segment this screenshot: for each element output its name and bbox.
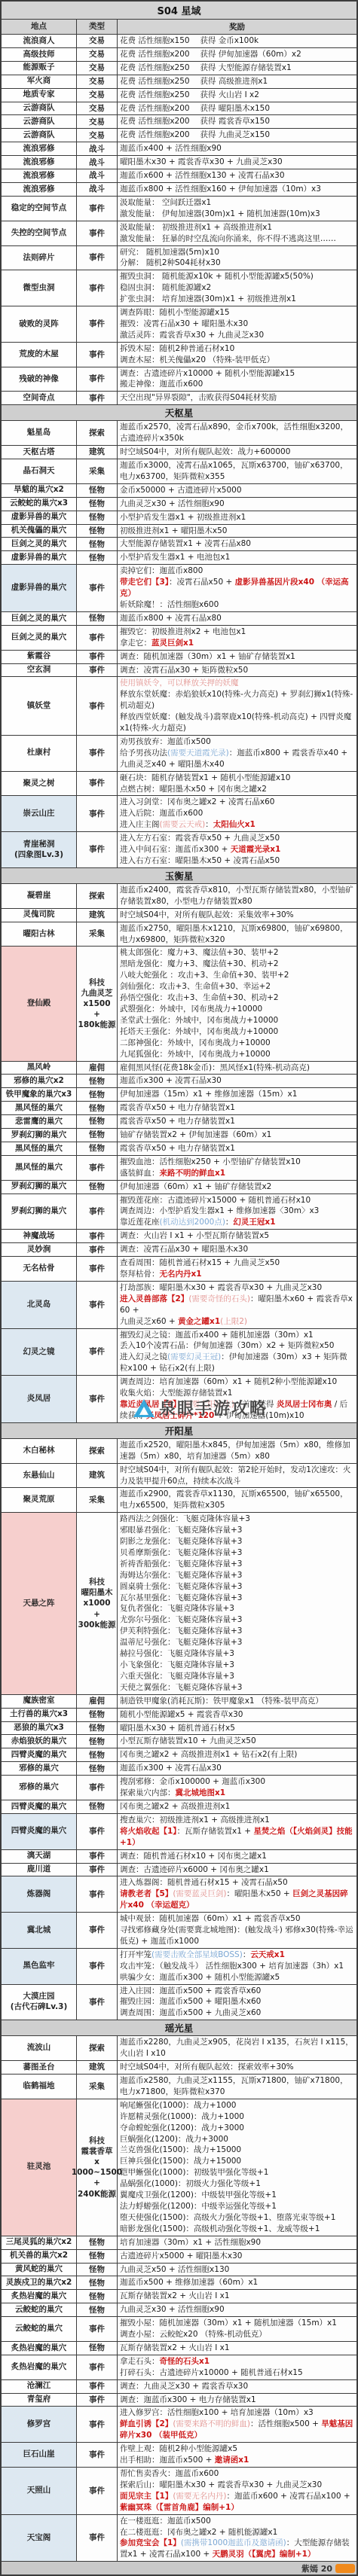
reward-line: 进入庄园：迦蓝币x500 + 霞裳香草x60 [120, 1986, 355, 1997]
location-cell: 巨剑之灵的巢穴 [2, 612, 77, 625]
table-row: 灵傀司院建筑时空域S04中，对所有舰队起效：采集效率+30% [2, 909, 356, 922]
table-row: 空间奇点事件天空出现"异界裂隙"，击败获得S04耗材奖励 [2, 392, 356, 405]
reward-line: 冈布奥之罐x2 + 高级推进剂x1 + 钻石x2(有上限) [120, 1749, 355, 1761]
reward-line: 研究： 随机加速器(5m)x10 [120, 247, 355, 258]
type-cell: 事件 [77, 2515, 118, 2562]
table-row: 流浪邪修战斗迦蓝币x400 + 活性细胞x90 [2, 142, 356, 156]
reward-line: 稳固虫洞： 随机能源罐x2 [120, 282, 355, 294]
reward-line: 参加竞宝会【1】(需携带1000迦蓝币及邀请函)：大型能源存储装置x1 + 凌霄… [120, 2538, 355, 2560]
reward-line: 古遗迹碎片x5000 + 曜阳墨木x30 [120, 2251, 355, 2262]
location-cell: 炙热岩魔的巢穴 [2, 2342, 77, 2355]
reward-line: 邪眼暴君强化：飞艇克隆体容量+3 [120, 1525, 355, 1536]
type-cell: 战斗 [77, 142, 118, 155]
reward-cell: 古遗迹碎片x5000 + 曜阳墨木x30 [118, 2250, 356, 2263]
reward-line: 搜刮邪修：金币x100000 + 迦蓝币x300 [120, 1776, 355, 1788]
reward-line: 小型瓦斯存储装置x10 + 九曲灵芝x50 [120, 1736, 355, 1747]
location-cell: 悲雷鹰的巢穴 [2, 1115, 77, 1128]
reward-line: 激发能量： 伊甸加速器(30m)x1 + 随机加速器(10m)x3 [120, 209, 355, 220]
location-cell: 黑风怪的巢穴 [2, 1156, 77, 1180]
reward-cell: 调查：火山岩 I x1 + 小型瓦斯存储装置x5 [118, 1230, 356, 1242]
table-row: 罗刹幻狮的巢穴怪物伊甸加速器（60m）x1 + 铀矿存储装置x2 [2, 1181, 356, 1194]
reward-cell: 迦蓝币x2570，凌霄石晶x890，金币x700k，活性细胞x3200，古遗迹碎… [118, 421, 356, 445]
reward-line: 调查周边：小型护盾发生器x1 + 维修加速器〈30m〉x3 [120, 1206, 355, 1217]
reward-line: 调查周围：迦蓝币x500 + 九曲灵芝x60 [120, 2007, 355, 2019]
reward-line: 铠甲蜥强化(1000)：初级装甲强化等级+1 [120, 2167, 355, 2178]
type-cell: 科技 曜阳墨木 x1000 + 300k能源 [77, 1513, 118, 1694]
reward-cell: 使用镇妖令，可以释放关押的妖魔释放东堂妖魔：赤焰狼妖x10(特殊-火力高克) +… [118, 677, 356, 735]
reward-line: 帮忙售卖香火：迦蓝币x600 [120, 2468, 355, 2480]
reward-line: 天使之翼强化：飞艇克隆体容量+3 [120, 1682, 355, 1693]
type-cell: 事件 [77, 1776, 118, 1800]
location-cell: 云鲛蛇的巢穴 [2, 2317, 77, 2341]
reward-cell: 迦蓝币x500 + 维修加速器（60m）x1 [118, 2276, 356, 2289]
reward-cell: 培育加速器（30m）x1 + 活性细胞x90 [118, 2236, 356, 2249]
table-row: 炙热岩魔的巢穴怪物瓦斯存储装置x2 + 火山岩 I x1 [2, 2290, 356, 2303]
reward-cell: 搜查巢穴：初级推进剂x1 + 高级推进剂x1将火焰收起【1】：瓦斯存储装置x1 … [118, 1814, 356, 1849]
reward-line: 摧毁庄园：迦蓝币x500 + 曜阳墨木x60 [120, 1996, 355, 2007]
reward-line: 调查小屋：云鲛蛇x20 （特殊-机动低克） [120, 2329, 355, 2340]
reward-line: 砸石块：随机存储装置x1 + 随机小型能源罐x10 [120, 773, 355, 784]
type-cell: 事件 [77, 1949, 118, 1984]
location-cell: 破败的灵阵 [2, 306, 77, 342]
location-cell: 聚灵荒原 [2, 1488, 77, 1512]
header-type: 类型 [77, 20, 118, 34]
reward-cell: 查看周围：随机普通石材x15 + 九曲灵芝x50祭拜枯骨：无名内丹x1 [118, 1257, 356, 1281]
type-cell: 战斗 [77, 183, 118, 196]
type-cell: 事件 [77, 246, 118, 270]
reward-cell: 进入炼器阁：随机普通石材x15 + 凌霄石晶x50请教老者【5】(需要蓝灵巨剑)… [118, 1876, 356, 1912]
reward-line: 花费 活性细胞x200 获得 曜阳墨木x150 [120, 103, 355, 114]
reward-line: 调查：随机普通石材x10 + 冈布奥之罐x1 [120, 1851, 355, 1862]
reward-line: 时空域S04中，对所有舰队起效：战力+600000 [120, 447, 355, 458]
type-cell: 怪物 [77, 612, 118, 625]
type-cell: 怪物 [77, 2236, 118, 2249]
location-cell: 赤焰狼妖的巢穴 [2, 1735, 77, 1748]
reward-line: 花费 活性细胞x200 获得 霞裳香草x150 [120, 116, 355, 127]
reward-line: 初级推进剂x1 + 曜阳墨木x50 [120, 526, 355, 537]
type-cell: 怪物 [77, 551, 118, 564]
location-cell: 神魔战场 [2, 1230, 77, 1242]
reward-line: 释放东堂妖魔：赤焰狼妖x10(特殊-火力高克) + 罗刹幻狮x1(特殊-机动超克… [120, 689, 355, 712]
reward-line: 摧毁虫洞： 随机能源x10k + 随机小型能源罐x5(50%) [120, 271, 355, 282]
reward-line: 贝希摩斯强化：飞艇克隆体容量+3 [120, 1547, 355, 1559]
reward-cell: 花费 活性细胞x250 获得 高级推进剂x1 [118, 75, 356, 88]
table-row: 灵族戍卫的巢穴x2怪物迦蓝币x500 + 维修加速器（60m）x1 [2, 2276, 356, 2290]
reward-cell: 调查：随机普通石材x10 + 冈布奥之罐x1 [118, 1850, 356, 1863]
location-cell: 漓天湖 [2, 1850, 77, 1863]
type-cell: 怪物 [77, 1102, 118, 1114]
type-cell: 怪物 [77, 1722, 118, 1735]
reward-line: 点燃古树：曜阳墨木x50 + 冈布奥之罐x2 [120, 784, 355, 795]
reward-cell: 冈布奥之罐x2 + 高级推进剂x1 [118, 1800, 356, 1813]
reward-line: 大型能源存储装置x1 + 凌霄石晶x80 [120, 538, 355, 550]
table-row: 高级技师交易花费 活性细胞x200 获得 伊甸加速器（60m）x2 [2, 48, 356, 62]
location-cell: 虚影异兽的巢穴 [2, 565, 77, 611]
reward-line: 劝男孩放弃：迦蓝币x500 [120, 736, 355, 748]
table-row: 流波山探索迦蓝币x2280，九曲灵芝x905，花岗岩 I x135，石灰岩 I … [2, 2036, 356, 2061]
table-row: 旱魃的巢穴x2怪物金币x50000 + 古遗迹碎片x5000 [2, 484, 356, 498]
reward-cell: 迦蓝币x2580，九曲灵芝x1155，瓦斯x71800，铀矿x71800，电力x… [118, 2075, 356, 2099]
reward-line: 作壁上观：随机2种小型能源罐x5 [120, 2443, 355, 2455]
reward-cell: 曜阳墨木x30 + 随机普通石材x5 [118, 1722, 356, 1735]
location-cell: 流波山 [2, 2036, 77, 2060]
type-cell: 事件 [77, 664, 118, 677]
reward-line: 剑仙强化：攻击+3、生命值+30、幸运+2 [120, 981, 355, 992]
type-cell: 事件 [77, 677, 118, 735]
reward-line: 尤弥尔号强化：飞艇克隆体容量+3 [120, 1614, 355, 1626]
location-cell: 北灵岛 [2, 1282, 77, 1328]
type-cell: 事件 [77, 2443, 118, 2467]
reward-line: 冈布奥之罐x2 + 高级推进剂x1 [120, 1801, 355, 1812]
location-cell: 鹿川道 [2, 1864, 77, 1876]
reward-cell: 调查：随机加速器（30m）x1 + 铀矿存储装置x1 [118, 651, 356, 663]
reward-cell: 调查：凌霄石晶x30 + 曜阳墨木x30 [118, 1243, 356, 1256]
reward-line: 霞裳香草x50 + 电力存储装置x1 [120, 1143, 355, 1154]
reward-cell: 拆毁木屋：随机2种普通石材x10调查木屋：机关傀儡x20 （特殊-装甲低克） [118, 343, 356, 367]
type-cell: 探索 [77, 1439, 118, 1463]
table-body: 流浪商人交易花费 活性细胞x150 获得 金币x100k高级技师交易花费 活性细… [2, 35, 356, 2561]
reward-line: 迦蓝币x2580，九曲灵芝x1155，瓦斯x71800，铀矿x71800，电力x… [120, 2075, 355, 2098]
reward-line: 迦蓝币x3000，凌霄石晶x1065，瓦斯x63700，铀矿x63700，电力x… [120, 460, 355, 483]
reward-line: 在二楼逛逛：冈布奥之罐x2 + 随机能源罐x1 [120, 2527, 355, 2538]
reward-cell: 砸石块：随机存储装置x1 + 随机小型能源罐x10点燃古树：曜阳墨木x50 + … [118, 772, 356, 796]
table-row: 幻灵之镜事件摧毁幻灵之镜：迦蓝币x400 + 随机加速器（30m）x1丢入10个… [2, 1329, 356, 1376]
reward-cell: 城中观景：随机加速器（60m）x1 + 霞裳香草x50寻找邪修藏身处(需要冀北城… [118, 1913, 356, 1948]
type-cell: 采集 [77, 2075, 118, 2099]
table-row: 魁星岛探索迦蓝币x2570，凌霄石晶x890，金币x700k，活性细胞x3200… [2, 421, 356, 446]
reward-line: 探索巢穴内部：冀北城地图x1 [120, 1788, 355, 1799]
table-row: 天悬之阵科技 曜阳墨木 x1000 + 300k能源路西法之剑强化：飞艇克隆体容… [2, 1513, 356, 1695]
table-row: 炙热岩魔的巢穴怪物瓦斯存储装置x2 + 火山岩 I x1 [2, 2342, 356, 2355]
location-cell: 炙热岩魔的巢穴 [2, 2290, 77, 2303]
table-row: 机关傀儡的巢穴怪物初级推进剂x1 + 曜阳墨木x50 [2, 525, 356, 538]
table-row: 军火商交易花费 活性细胞x250 获得 高级推进剂x1 [2, 75, 356, 89]
reward-line: 盛装鲜血：来路不明的鲜血x1 [120, 1168, 355, 1179]
location-cell: 黑色监牢 [2, 1949, 77, 1984]
location-cell: 青玺府 [2, 2394, 77, 2407]
reward-line: 时空域S04中，对所有舰队起效：第2轮开始时，发动1次速攻：火力及装甲提升60点… [120, 1465, 355, 1487]
table-row: 崇云山庄事件进入习剑堂：冈布奥之罐x2 + 凌霄石晶x60进入后院：迦蓝币x60… [2, 796, 356, 832]
location-cell: 旱魃的巢穴x2 [2, 484, 77, 497]
reward-line: 出手相助：迦蓝币x500 + 邀请函x1 [120, 2455, 355, 2466]
location-cell: 蕃图圣台 [2, 2061, 77, 2074]
location-cell: 修罗宫 [2, 2407, 77, 2442]
reward-line: 调查：古遗迹碎片x6000 + 冈布奥之罐x1 [120, 1864, 355, 1876]
table-row: 聚灵之树事件砸石块：随机存储装置x1 + 随机小型能源罐x10点燃古树：曜阳墨木… [2, 772, 356, 797]
location-cell: 云鲛蛇的巢穴x3 [2, 498, 77, 511]
type-cell: 怪物 [77, 1762, 118, 1775]
table-row: 残破的神像事件调查：古遗迹碎片x10000 + 随机小型能源罐x15搬走神像：迦… [2, 367, 356, 392]
table-row: 荒废的木屋事件拆毁木屋：随机2种普通石材x10调查木屋：机关傀儡x20 （特殊-… [2, 343, 356, 367]
reward-cell: 花费 活性细胞x150 获得 金币x100k [118, 35, 356, 47]
reward-cell: 路西法之剑强化：飞艇克隆体容量+3邪眼暴君强化：飞艇克隆体容量+3阴影之龙强化：… [118, 1513, 356, 1694]
table-row: 鹿川道事件调查：古遗迹碎片x6000 + 冈布奥之罐x1 [2, 1864, 356, 1877]
reward-line: 进入右方石室：曜阳墨木x50 + 凌霄石晶x50 [120, 855, 355, 867]
table-row: 三尾灵狐的巢穴x2怪物培育加速器（30m）x1 + 活性细胞x90 [2, 2236, 356, 2250]
table-row: 黑风怪的巢穴怪物霞裳香草x50 + 电力存储装置x1 [2, 1142, 356, 1156]
reward-line: 扩张虫洞： 培育加速器(30m)x1 + 初级推进剂x1 [120, 294, 355, 305]
header-location: 地点 [2, 20, 77, 34]
location-cell: 炼器阁 [2, 1876, 77, 1912]
reward-cell: 铀矿存储装置x2 + 伊甸加速器（60m）x1 [118, 1129, 356, 1142]
location-cell: 炙热岩魔的巢穴 [2, 2355, 77, 2379]
reward-line: 迦蓝币x2520，曜阳墨木x845，伊甸加速器（5m）x80，维修加速器（5m）… [120, 1440, 355, 1462]
reward-cell: 摧毁幻灵之镜：迦蓝币x400 + 随机加速器（30m）x1丢入10个凌霄石晶：伊… [118, 1329, 356, 1376]
reward-line: 进入炼器阁：随机普通石材x15 + 凌霄石晶x50 [120, 1877, 355, 1889]
table-row: 微型虫洞事件摧毁虫洞： 随机能源x10k + 随机小型能源罐x5(50%)稳固虫… [2, 270, 356, 306]
type-cell: 怪物 [77, 525, 118, 538]
reward-line: 夺命螳蛇强化(1200)：战力+3000 [120, 2123, 355, 2134]
location-cell: 驻灵池 [2, 2099, 77, 2236]
reward-line: 金币x50000 + 古遗迹碎片x5000 [120, 485, 355, 496]
type-cell: 事件 [77, 2468, 118, 2514]
table-row: 四臂炎魔的巢穴怪物冈布奥之罐x2 + 高级推进剂x1 + 钻石x2(有上限) [2, 1748, 356, 1762]
reward-line: 城中观景：随机加速器（60m）x1 + 霞裳香草x50 [120, 1913, 355, 1925]
type-cell: 交易 [77, 115, 118, 128]
table-row: 云鲛蛇的巢穴x3怪物九曲灵芝x30 + 活性细胞x90 [2, 498, 356, 511]
location-cell: 地质专家 [2, 89, 77, 102]
table-row: 晶石洞天采集迦蓝币x3000，凌霄石晶x1065，瓦斯x63700，铀矿x637… [2, 459, 356, 484]
location-cell: 凝碧崖 [2, 884, 77, 908]
reward-cell: 作壁上观：随机2种小型能源罐x5出手相助：迦蓝币x500 + 邀请函x1 [118, 2443, 356, 2467]
reward-line: 曜阳墨木x30 + 随机普通石材x5 [120, 1723, 355, 1734]
reward-cell: 瓦斯存储装置x2 + 火山岩 I x1 [118, 2342, 356, 2355]
location-cell: 巨剑之灵的巢穴 [2, 626, 77, 650]
table-row: 曜阳古林采集迦蓝币x2750，曜阳墨木x1210，瓦斯x69800，铀矿x698… [2, 922, 356, 947]
location-cell: 黄风蛇的巢穴 [2, 2264, 77, 2276]
credit-text: 紫嫣 20 [301, 2562, 332, 2574]
reward-line: 激发能量： 狂暴的时空乱流向你涌来，你不得不逃离这里…… [120, 233, 355, 245]
reward-cell: 拿走石头：奇怪的石头x1打碎石头：古遗迹碎片x10000 + 随机普通石材x15 [118, 2355, 356, 2379]
reward-cell: 迦蓝币x300 + 凌霄石晶x30 [118, 1075, 356, 1087]
reward-line: 迦蓝币x600 + 活性细胞x130 + 凌霄石晶x30 [120, 170, 355, 181]
reward-line: 桃太郎强化：魔力+3、魔法值+30、装甲+2 [120, 947, 355, 959]
location-cell: 大漠庄园 (古代石碑Lv.3) [2, 1985, 77, 2020]
table-row: 流浪邪修战斗曜阳墨木x30 + 霞裳香草x30 + 九曲灵芝x30 [2, 156, 356, 169]
reward-cell: 进入左方石室：霞裳香草x50 + 九曲灵芝x50进入中间石室：迦蓝币x300 +… [118, 832, 356, 867]
reward-line: 调查：迦蓝币x300 + 电力存储装置x1 [120, 2395, 355, 2406]
reward-line: 武曌强化：外域中，冈布奥战力+10000 [120, 1004, 355, 1015]
reward-line: 迦蓝币x2750，曜阳墨木x1210，瓦斯x69800，铀矿x69800，电力x… [120, 923, 355, 946]
reward-cell: 打开牢笼(需要击败全部星域BOSS)：云天戒x1攻击牢笼：（触发战斗） 活性细胞… [118, 1949, 356, 1984]
table-row: 邪修的巢穴事件搜刮邪修：金币x100000 + 迦蓝币x300探索巢穴内部：冀北… [2, 1776, 356, 1800]
reward-line: 进入灵兽部落【2】(需要奇怪的石头)：曜阳墨木x60 + 霞裳香草x60 + [120, 1294, 355, 1316]
table-row: 空玄洞事件调查：凌霄石晶x30 + 矩阵微粒x50 [2, 664, 356, 678]
reward-line: 祭拜枯骨：无名内丹x1 [120, 1269, 355, 1280]
location-cell: 铁甲魔象的巢穴x3 [2, 1088, 77, 1101]
type-cell: 事件 [77, 392, 118, 404]
location-cell: 军火商 [2, 75, 77, 88]
reward-cell: 花费 活性细胞x200 获得 九曲灵芝x150 [118, 129, 356, 142]
reward-line: 寻找邪修藏身处(需要冀北城地图)：(触发战斗) 邪修x30(特殊-幸运低克) +… [120, 1925, 355, 1947]
table-row: 魔族密室雇佣制造铁甲魔象(消耗瓦斯)：铁甲魔象x1 （特殊-装甲高克） [2, 1695, 356, 1709]
reward-cell: 小型护盾发生器x1 + 初级推进剂x1 [118, 511, 356, 524]
type-cell: 交易 [77, 62, 118, 75]
table-row: 云鲛蛇的巢穴怪物九曲灵芝x30 + 活性细胞x90 [2, 2303, 356, 2317]
type-cell: 怪物 [77, 1142, 118, 1155]
reward-cell: 伊甸加速器（60m）x1 + 铀矿存储装置x2 [118, 1181, 356, 1193]
footer-bar: 紫嫣 20 [2, 2561, 356, 2574]
reward-cell: 调查：迦蓝币x300 + 电力存储装置x1 [118, 2394, 356, 2407]
table-row: 东悬仙山建筑时空域S04中，对所有舰队起效：第2轮开始时，发动1次速攻：火力及装… [2, 1464, 356, 1489]
table-row: 神魔战场事件调查：火山岩 I x1 + 小型瓦斯存储装置x5 [2, 1230, 356, 1243]
location-cell: 邪修的巢穴 [2, 1776, 77, 1800]
reward-line: 花费 活性细胞x200 获得 伊甸加速器（60m）x2 [120, 49, 355, 60]
type-cell: 采集 [77, 459, 118, 483]
table-row: 镇妖堂事件使用镇妖令，可以释放关押的妖魔释放东堂妖魔：赤焰狼妖x10(特殊-火力… [2, 677, 356, 736]
table-row: 大漠庄园 (古代石碑Lv.3)事件进入庄园：迦蓝币x500 + 霞裳香草x60摧… [2, 1985, 356, 2021]
reward-line: 摧毁血池：活性细胞x250 + 小型铀矿存储装置x10 [120, 1157, 355, 1168]
type-cell: 怪物 [77, 484, 118, 497]
table-row: 临鹤福地采集迦蓝币x2580，九曲灵芝x1155，瓦斯x71800，铀矿x718… [2, 2075, 356, 2099]
table-row: 邪修的巢穴怪物迦蓝币x300 + 凌霄石晶x30 [2, 1762, 356, 1776]
type-cell: 交易 [77, 75, 118, 88]
table-row: 黑风岭雇佣雇佣黑风怪(花费18k金币)：黑风怪x1(特殊-机动高克) [2, 1062, 356, 1075]
type-cell: 探索 [77, 421, 118, 445]
reward-line: 调查：凌霄石晶x30 + 矩阵微粒x50 [120, 665, 355, 676]
reward-cell: 天空出现"异界裂隙"，击败获得S04耗材奖励 [118, 392, 356, 404]
type-cell: 事件 [77, 1257, 118, 1281]
reward-cell: 迦蓝币x2400，霞裳香草x810，小型瓦斯存储装置x80，小型铀矿存储装置x8… [118, 884, 356, 908]
location-cell: 魔族密室 [2, 1695, 77, 1708]
type-cell: 怪物 [77, 1800, 118, 1813]
reward-line: 小型护盾发生器x1 + 初级推进剂x1 [120, 512, 355, 523]
reward-line: 斩妖除魔！：活性细胞x600 [120, 599, 355, 611]
reward-line: 进入修罗宫：活性细胞x100 + 培育加速器（10m）x3 [120, 2407, 355, 2419]
reward-line: 雇佣黑风怪(花费18k金币)：黑风怪x1(特殊-机动高克) [120, 1062, 355, 1074]
location-cell: 天照山 [2, 2468, 77, 2514]
reward-line: 铀矿存储装置x2 + 伊甸加速器（60m）x1 [120, 1129, 355, 1141]
reward-cell: 花费 活性细胞x200 获得 伊甸加速器（60m）x2 [118, 48, 356, 61]
reward-line: 曜阳墨木x30 + 霞裳香草x30 + 九曲灵芝x30 [120, 157, 355, 168]
location-cell: 聚灵之树 [2, 772, 77, 796]
type-cell: 怪物 [77, 2264, 118, 2276]
table-row: 杜康村事件劝男孩放弃：迦蓝币x500给予男孩功法(需要天道霞光录)：迦蓝币x80… [2, 736, 356, 772]
type-cell: 事件 [77, 832, 118, 867]
reward-cell: 时空域S04中，对所有舰队起效：第2轮开始时，发动1次速攻：火力及装甲提升60点… [118, 1464, 356, 1488]
table-row: 破败的灵阵事件调查阵眼：随机小型能源罐x15摧毁：凌霄石晶x30 + 曜阳墨木x… [2, 306, 356, 343]
type-cell: 怪物 [77, 1075, 118, 1087]
reward-cell: 进入习剑堂：冈布奥之罐x2 + 凌霄石晶x60进入后院：迦蓝币x600进入庄主阁… [118, 796, 356, 831]
location-cell: 镇妖堂 [2, 677, 77, 735]
section-header: 开阳星 [2, 1423, 356, 1439]
reward-line: 阴影之龙强化：飞艇克隆体容量+3 [120, 1536, 355, 1547]
table-row: 悲雷鹰的巢穴怪物霞裳香草x50 + 电力存储装置x1 [2, 1115, 356, 1129]
location-cell: 高级技师 [2, 48, 77, 61]
reward-line: 圆桌骑士强化：飞艇克隆体容量+3 [120, 1581, 355, 1593]
header-reward: 奖励 [118, 20, 356, 34]
reward-line: 卖掉它们：迦蓝币x800 [120, 566, 355, 577]
location-cell: 流浪邪修 [2, 169, 77, 182]
location-cell: 木白秘林 [2, 1439, 77, 1463]
reward-line: 拿走石头：奇怪的石头x1 [120, 2356, 355, 2367]
reward-line: 摧毁它：初级推进剂x2 + 电池包x1 [120, 626, 355, 638]
reward-line: 制造铁甲魔象(消耗瓦斯)：铁甲魔象x1 （特殊-装甲高克） [120, 1696, 355, 1707]
reward-line: 圣堂武士强化：外域中，冈布奥战力+10000 [120, 1015, 355, 1026]
reward-cell: 雇佣黑风怪(花费18k金币)：黑风怪x1(特殊-机动高克) [118, 1062, 356, 1075]
reward-cell: 摧毁虫洞： 随机能源x10k + 随机小型能源罐x5(50%)稳固虫洞： 随机能… [118, 270, 356, 306]
table-row: 木白秘林探索迦蓝币x2520，曜阳墨木x845，伊甸加速器（5m）x80，维修加… [2, 1439, 356, 1464]
reward-cell: 九曲灵芝x50 + 活性细胞x130 [118, 2264, 356, 2276]
reward-line: 响尾蜥强化(1000)：战力+1000 [120, 2100, 355, 2111]
type-cell: 事件 [77, 1376, 118, 1422]
table-row: 能源贩子交易花费 活性细胞x250 获得 大型能源存储装置x1 [2, 62, 356, 75]
table-row: 流浪邪修战斗迦蓝币x800 + 活性细胞x160 + 伊甸加速器（10m）x3 [2, 183, 356, 197]
type-cell: 怪物 [77, 498, 118, 511]
type-cell: 怪物 [77, 1115, 118, 1128]
type-cell: 交易 [77, 102, 118, 115]
type-cell: 怪物 [77, 1748, 118, 1761]
reward-cell: 花费 活性细胞x200 获得 霞裳香草x150 [118, 115, 356, 128]
table-row: 土行兽的巢穴x3怪物随机小型能源罐x5 + 霞裳香草x30 [2, 1709, 356, 1722]
reward-cell: 摧毁它：初级推进剂x2 + 电池包x1拿走它：蓝灵巨剑x1 [118, 626, 356, 650]
type-cell: 事件 [77, 626, 118, 650]
location-cell: 无名枯骨 [2, 1257, 77, 1281]
type-cell: 事件 [77, 1864, 118, 1876]
location-cell: 巨剑之灵的巢穴 [2, 538, 77, 550]
location-cell: 法则碎片 [2, 246, 77, 270]
reward-cell: 迦蓝币x2900，霞裳香草x1130，瓦斯x65500，铀矿x65500，电力x… [118, 1488, 356, 1512]
reward-line: 海姆达尔强化：飞艇克隆体容量+3 [120, 1570, 355, 1581]
type-cell: 建筑 [77, 446, 118, 459]
location-cell: 四臂炎魔的巢穴 [2, 1800, 77, 1813]
reward-line: 迦蓝币x2570，凌霄石晶x890，金币x700k，活性细胞x3200，古遗迹碎… [120, 422, 355, 444]
table-row: 铁甲魔象的巢穴x3怪物伊甸加速器（15m）x1 + 维修加速器（15m）x1 [2, 1088, 356, 1102]
reward-line: 随机小型能源罐x5 + 霞裳香草x30 [120, 1709, 355, 1721]
guide-table: S04 星域 地点 类型 奖励 流浪商人交易花费 活性细胞x150 获得 金币x… [0, 0, 358, 2576]
reward-cell: 冈布奥之罐x2 + 高级推进剂x1 + 钻石x2(有上限) [118, 1748, 356, 1761]
reward-line: 迦蓝币x500 + 维修加速器（60m）x1 [120, 2277, 355, 2288]
reward-line: 给予男孩功法(需要天道霞光录)：迦蓝币x800 + 霞裳香草x40 + 九曲灵芝… [120, 748, 355, 770]
reward-line: 汲取能量： 初级推进剂x1 + 高级推进剂x1 [120, 222, 355, 233]
type-cell: 怪物 [77, 1181, 118, 1193]
location-cell: 灵傀司院 [2, 909, 77, 922]
reward-line: 许愿精灵强化(1000)：战力+1000 [120, 2111, 355, 2123]
table-row: 失控的空间节点事件汲取能量： 初级推进剂x1 + 高级推进剂x1激发能量： 狂暴… [2, 221, 356, 246]
reward-cell: 响尾蜥强化(1000)：战力+1000许愿精灵强化(1000)：战力+1000夺… [118, 2099, 356, 2236]
location-cell: 罗刹幻狮的巢穴 [2, 1129, 77, 1142]
type-cell: 事件 [77, 1329, 118, 1376]
location-cell: 天枢古塔 [2, 446, 77, 459]
reward-line: 将火焰收起【1】：瓦斯存储装置x1 + 星焚之焰（【火焰剑灵】技能+1） [120, 1826, 355, 1849]
type-cell: 事件 [77, 1156, 118, 1180]
type-cell: 探索 [77, 884, 118, 908]
reward-line: 进入左方石室：霞裳香草x50 + 九曲灵芝x50 [120, 833, 355, 844]
reward-line: 调查：随机加速器（30m）x1 + 铀矿存储装置x1 [120, 651, 355, 663]
reward-line: 进入后院：迦蓝币x600 [120, 808, 355, 819]
reward-cell: 迦蓝币x600 + 活性细胞x130 + 凌霄石晶x30 [118, 169, 356, 182]
reward-line: 进入庄主阁(需要云天戒)：太阳仙火x1 [120, 819, 355, 831]
reward-cell: 帮忙售卖香火：迦蓝币x600探索后山：曜阳墨木x30 + 霞裳香草x30 + 九… [118, 2468, 356, 2514]
location-cell: 黑风怪的巢穴 [2, 1102, 77, 1114]
reward-line: 瓦斯存储装置x2 + 火山岩 I x1 [120, 2343, 355, 2354]
reward-line: 调查木屋：机关傀儡x20 （特殊-装甲低克） [120, 355, 355, 366]
table-row: 巨剑之灵的巢穴事件摧毁它：初级推进剂x2 + 电池包x1拿走它：蓝灵巨剑x1 [2, 626, 356, 651]
table-row: 虚影异兽的巢穴怪物小型护盾发生器x1 + 电池包x1 [2, 551, 356, 565]
reward-line: 迦蓝币x2400，霞裳香草x810，小型瓦斯存储装置x80，小型铀矿存储装置x8… [120, 885, 355, 907]
location-cell: 杜康村 [2, 736, 77, 771]
reward-cell: 进入修罗宫：活性细胞x100 + 培育加速器（10m）x3鲜血引诱【2】(需要来… [118, 2407, 356, 2442]
location-cell: 灵妙涧 [2, 1243, 77, 1256]
type-cell: 事件 [77, 1876, 118, 1912]
reward-line: 搜查巢穴：初级推进剂x1 + 高级推进剂x1 [120, 1815, 355, 1826]
table-row: 驻灵池科技 霞裳香草 x 1000~1500 + 240K能源响尾蜥强化(100… [2, 2099, 356, 2236]
reward-line: 靠近莲花座(机动达到2000点)：幻灵王冠x1 [120, 1217, 355, 1228]
location-cell: 流浪邪修 [2, 183, 77, 196]
reward-line: 汲取能量： 空间跃迁器x1 [120, 197, 355, 209]
location-cell: 空间奇点 [2, 392, 77, 404]
type-cell: 采集 [77, 1488, 118, 1512]
